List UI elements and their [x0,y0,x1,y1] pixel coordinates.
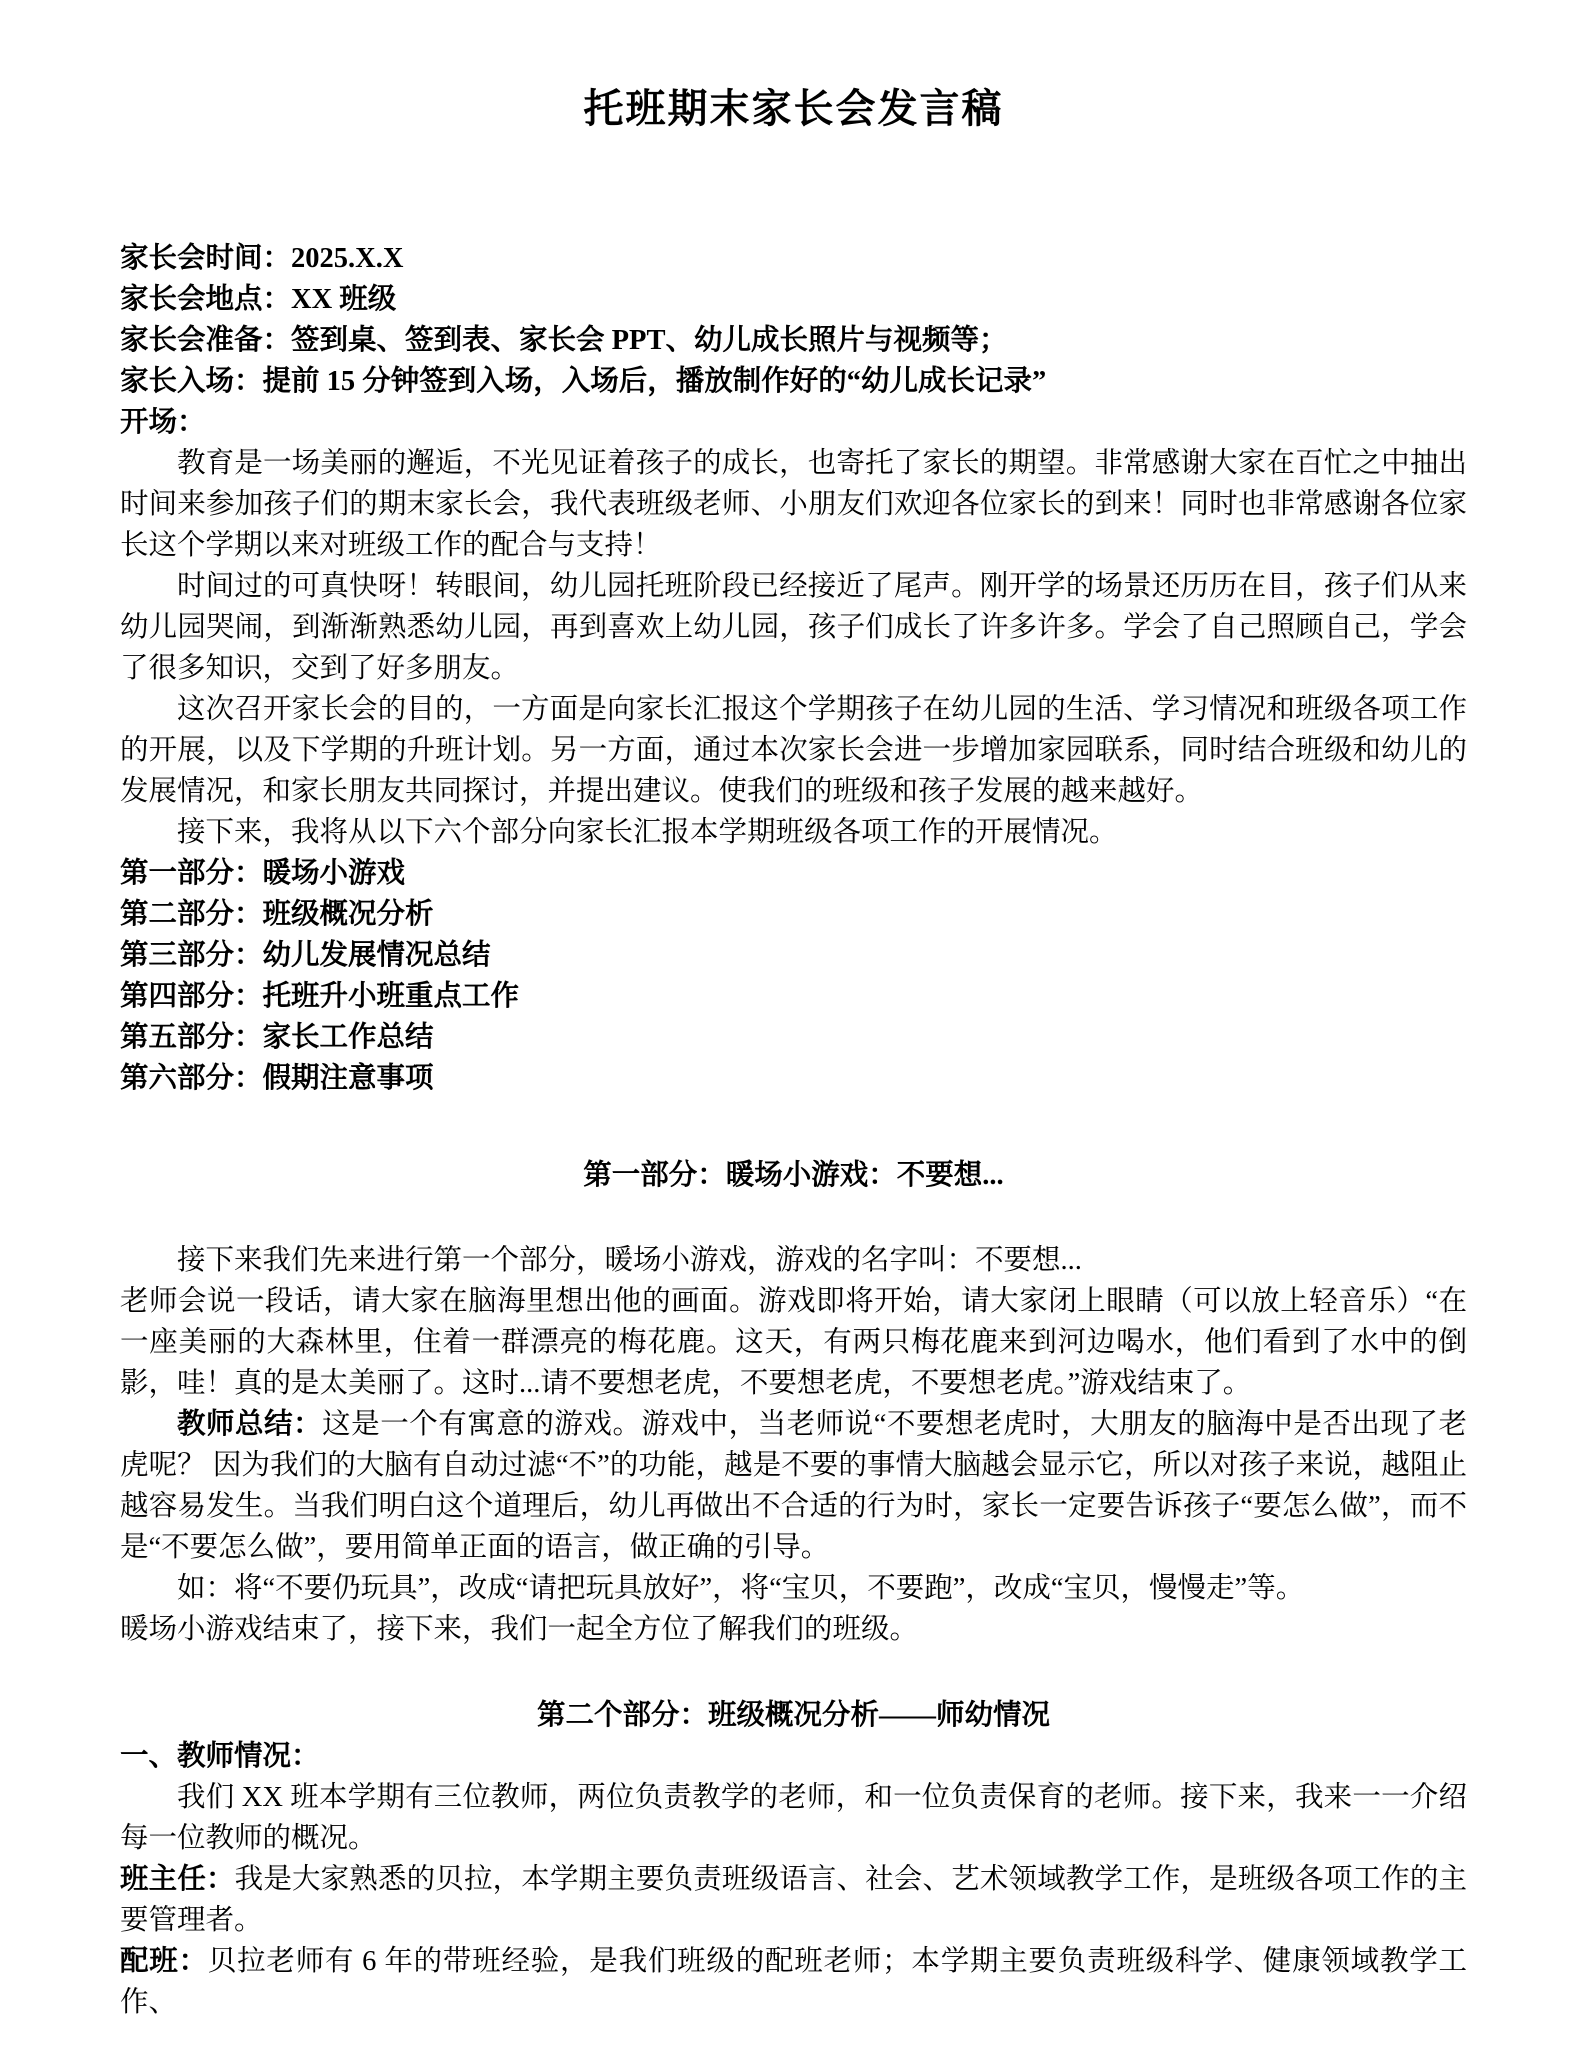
agenda-item-1: 第一部分：暖场小游戏 [120,853,1467,894]
teacher-summary-text: 这是一个有寓意的游戏。游戏中，当老师说“不要想老虎时，大朋友的脑海中是否出现了老… [120,1409,1467,1563]
section1-intro-paragraph: 接下来我们先来进行第一个部分，暖场小游戏，游戏的名字叫：不要想... [120,1240,1467,1281]
agenda-item-3: 第三部分：幼儿发展情况总结 [120,935,1467,976]
agenda-item-4: 第四部分：托班升小班重点工作 [120,976,1467,1017]
head-teacher-text: 我是大家熟悉的贝拉，本学期主要负责班级语言、社会、艺术领域教学工作，是班级各项工… [120,1864,1467,1936]
head-teacher-paragraph: 班主任：我是大家熟悉的贝拉，本学期主要负责班级语言、社会、艺术领域教学工作，是班… [120,1859,1467,1941]
assistant-teacher-text: 贝拉老师有 6 年的带班经验，是我们班级的配班老师；本学期主要负责班级科学、健康… [120,1946,1467,2018]
meta-preparation-line: 家长会准备：签到桌、签到表、家长会 PPT、幼儿成长照片与视频等； [120,320,1467,361]
section1-game-paragraph: 老师会说一段话，请大家在脑海里想出他的画面。游戏即将开始，请大家闭上眼睛（可以放… [120,1281,1467,1404]
section2-heading: 第二个部分：班级概况分析——师幼情况 [120,1695,1467,1736]
meta-location-line: 家长会地点：XX 班级 [120,279,1467,320]
head-teacher-label: 班主任： [120,1864,235,1895]
opening-paragraph-3: 这次召开家长会的目的，一方面是向家长汇报这个学期孩子在幼儿园的生活、学习情况和班… [120,689,1467,812]
teacher-overview-heading: 一、教师情况： [120,1736,1467,1777]
teacher-summary-paragraph: 教师总结：这是一个有寓意的游戏。游戏中，当老师说“不要想老虎时，大朋友的脑海中是… [120,1404,1467,1568]
meta-time-line: 家长会时间：2025.X.X [120,238,1467,279]
opening-paragraph-2: 时间过的可真快呀！转眼间，幼儿园托班阶段已经接近了尾声。刚开学的场景还历历在目，… [120,566,1467,689]
agenda-item-2: 第二部分：班级概况分析 [120,894,1467,935]
opening-paragraph-1: 教育是一场美丽的邂逅，不光见证着孩子的成长，也寄托了家长的期望。非常感谢大家在百… [120,443,1467,566]
document-title: 托班期末家长会发言稿 [120,88,1467,130]
agenda-item-6: 第六部分：假期注意事项 [120,1058,1467,1099]
document-page: 托班期末家长会发言稿 家长会时间：2025.X.X 家长会地点：XX 班级 家长… [0,0,1587,2067]
example-paragraph: 如：将“不要仍玩具”，改成“请把玩具放好”，将“宝贝，不要跑”，改成“宝贝，慢慢… [120,1568,1467,1609]
teacher-summary-label: 教师总结： [177,1409,322,1440]
agenda-item-5: 第五部分：家长工作总结 [120,1017,1467,1058]
transition-paragraph: 暖场小游戏结束了，接下来，我们一起全方位了解我们的班级。 [120,1609,1467,1650]
assistant-teacher-label: 配班： [120,1946,208,1977]
section1-heading: 第一部分：暖场小游戏：不要想... [120,1155,1467,1196]
opening-label: 开场： [120,402,1467,443]
assistant-teacher-paragraph: 配班：贝拉老师有 6 年的带班经验，是我们班级的配班老师；本学期主要负责班级科学… [120,1941,1467,2023]
opening-paragraph-4: 接下来，我将从以下六个部分向家长汇报本学期班级各项工作的开展情况。 [120,812,1467,853]
teachers-intro-paragraph: 我们 XX 班本学期有三位教师，两位负责教学的老师，和一位负责保育的老师。接下来… [120,1777,1467,1859]
meta-entrance-line: 家长入场：提前 15 分钟签到入场，入场后，播放制作好的“幼儿成长记录” [120,361,1467,402]
